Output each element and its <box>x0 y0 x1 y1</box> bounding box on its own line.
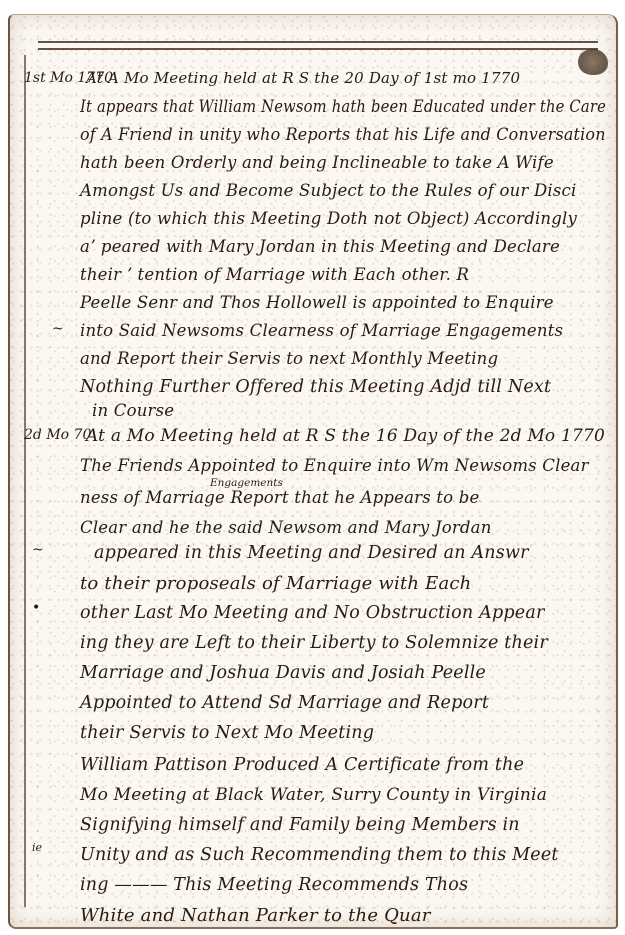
text-line: Appointed to Attend Sd Marriage and Repo… <box>80 693 489 713</box>
margin-mark: ~ <box>32 542 44 558</box>
text-line: It appears that William Newsom hath been… <box>80 97 606 116</box>
text-line: aʼ peared with Mary Jordan in this Meeti… <box>80 237 560 256</box>
header-rule <box>38 48 598 50</box>
text-line: Clear and he the said Newsom and Mary Jo… <box>80 518 492 537</box>
text-line: Unity and as Such Recommending them to t… <box>80 845 559 865</box>
text-line: other Last Mo Meeting and No Obstruction… <box>80 603 545 623</box>
text-line: their ʼ tention of Marriage with Each ot… <box>80 265 469 284</box>
text-line: appeared in this Meeting and Desired an … <box>94 543 529 563</box>
text-line: ness of Marriage Report that he Appears … <box>80 488 479 507</box>
ink-blot-seal <box>578 49 608 75</box>
text-line: ing ——— This Meeting Recommends Thos <box>80 875 468 895</box>
text-line: their Servis to Next Mo Meeting <box>80 723 374 743</box>
text-line: White and Nathan Parker to the Quar <box>80 905 431 926</box>
margin-mark: ie <box>32 841 42 854</box>
text-line: hath been Orderly and being Inclineable … <box>80 153 554 172</box>
text-line: The Friends Appointed to Enquire into Wm… <box>80 456 589 475</box>
text-line: Mo Meeting at Black Water, Surry County … <box>80 785 547 805</box>
margin-line <box>24 55 26 907</box>
text-line: into Said Newsoms Clearness of Marriage … <box>80 321 563 340</box>
margin-mark: • <box>32 600 40 616</box>
manuscript-page: 1st Mo 1770 At A Mo Meeting held at R S … <box>8 14 618 929</box>
entry-heading: At A Mo Meeting held at R S the 20 Day o… <box>86 69 520 87</box>
text-line: ing they are Left to their Liberty to So… <box>80 633 548 653</box>
text-line: in Course <box>92 401 174 420</box>
text-line: Signifying himself and Family being Memb… <box>80 815 520 835</box>
text-line: of A Friend in unity who Reports that hi… <box>80 125 606 144</box>
text-line: Amongst Us and Become Subject to the Rul… <box>80 181 576 200</box>
entry-heading: At a Mo Meeting held at R S the 16 Day o… <box>86 426 605 446</box>
text-line: William Pattison Produced A Certificate … <box>80 755 524 775</box>
text-line: and Report their Servis to next Monthly … <box>80 349 498 368</box>
text-line: Nothing Further Offered this Meeting Adj… <box>80 377 551 397</box>
text-line: Peelle Senr and Thos Hollowell is appoin… <box>80 293 554 312</box>
text-line: to their proposeals of Marriage with Eac… <box>80 573 471 594</box>
text-line: pline (to which this Meeting Doth not Ob… <box>80 209 577 228</box>
header-rule <box>38 41 598 43</box>
margin-date: 2d Mo 70 <box>24 427 91 443</box>
text-line: Marriage and Joshua Davis and Josiah Pee… <box>80 663 486 683</box>
margin-mark: ~ <box>52 321 64 337</box>
